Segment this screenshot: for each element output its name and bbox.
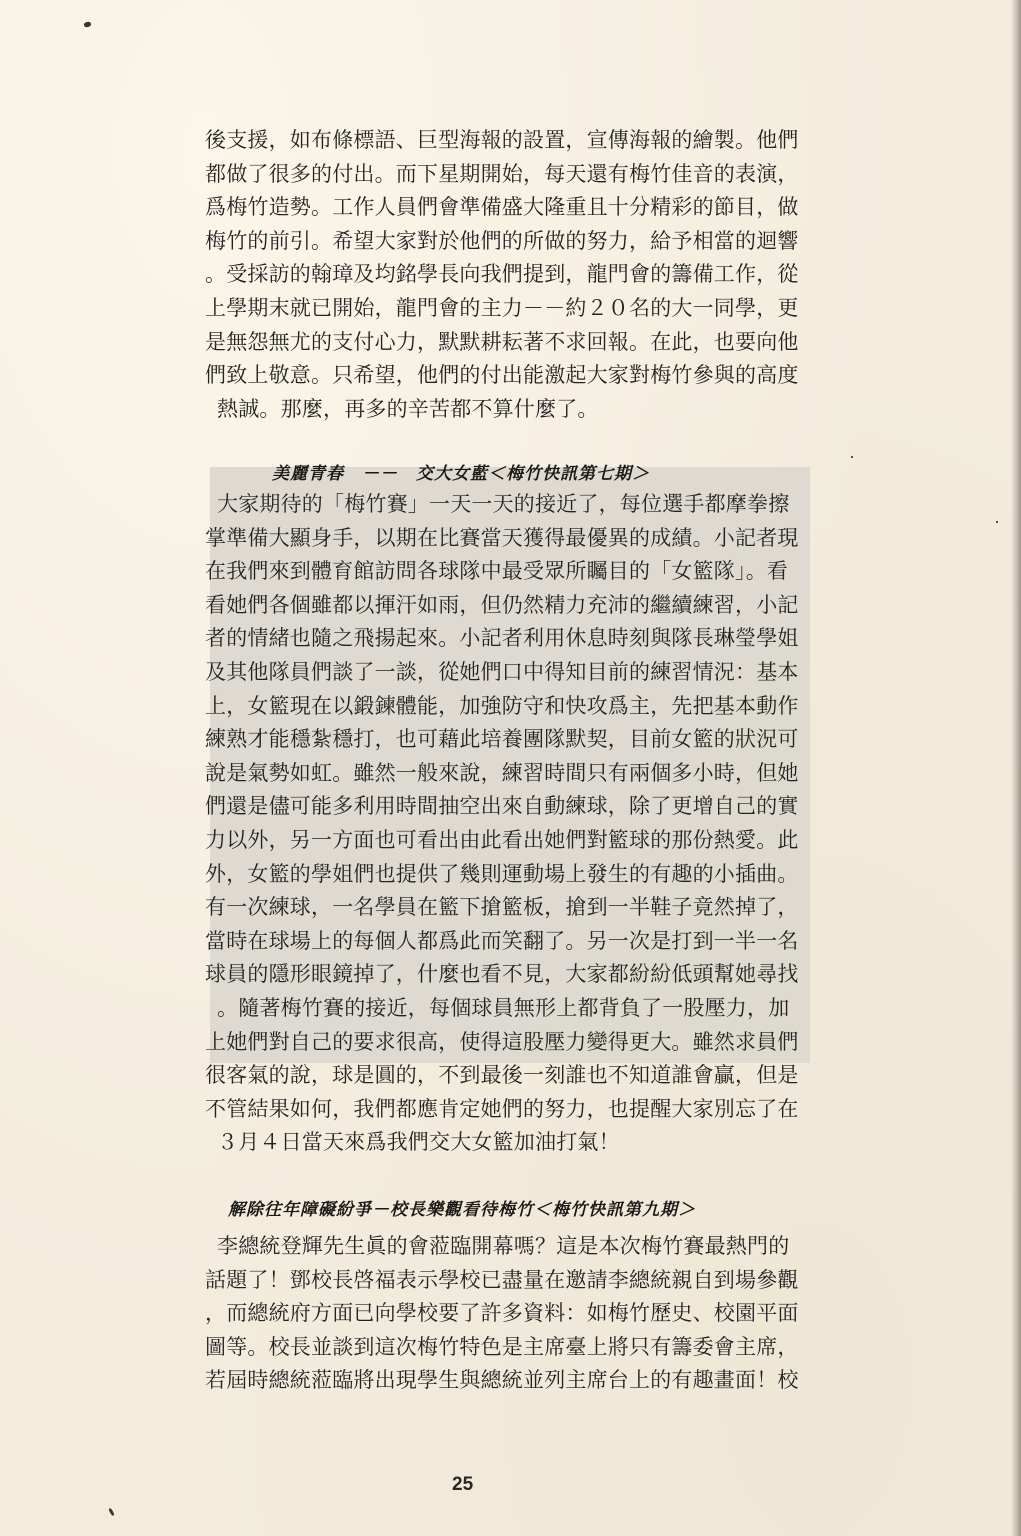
text-line: 是無怨無尤的支付心力，默默耕耘著不求回報。在此，也要向他 xyxy=(205,326,745,360)
text-line: 上，女籃現在以鍛鍊體能，加強防守和快攻爲主，先把基本動作 xyxy=(205,690,745,724)
text-line: 。隨著梅竹賽的接近，每個球員無形上都背負了一股壓力，加 xyxy=(205,992,745,1026)
text-line: 在我們來到體育館訪問各球隊中最受眾所矚目的「女籃隊」。看 xyxy=(205,555,745,589)
ink-speck xyxy=(851,456,853,458)
text-line: 後支援，如布條標語、巨型海報的設置，宣傳海報的繪製。他們 xyxy=(205,124,745,158)
text-line: 上她們對自己的要求很高，使得這股壓力變得更大。雖然求員們 xyxy=(205,1026,745,1060)
text-line: 都做了很多的付出。而下星期開始，每天還有梅竹佳音的表演， xyxy=(205,158,745,192)
ink-speck xyxy=(108,1508,115,1516)
intro-paragraph: 後支援，如布條標語、巨型海報的設置，宣傳海報的繪製。他們 都做了很多的付出。而下… xyxy=(205,124,745,426)
text-line: 力以外，另一方面也可看出由此看出她們對籃球的那份熱愛。此 xyxy=(205,824,745,858)
text-line: 們致上敬意。只希望，他們的付出能激起大家對梅竹參與的高度 xyxy=(205,359,745,393)
text-line: 大家期待的「梅竹賽」一天一天的接近了，每位選手都摩拳擦 xyxy=(205,488,745,522)
text-line: 及其他隊員們談了一談，從她們口中得知目前的練習情況：基本 xyxy=(205,656,745,690)
text-line: ３月４日當天來爲我們交大女籃加油打氣！ xyxy=(205,1126,745,1160)
text-line: 者的情緒也隨之飛揚起來。小記者利用休息時刻與隊長琳瑩學姐 xyxy=(205,622,745,656)
text-line: 李總統登輝先生眞的會蒞臨開幕嗎？這是本次梅竹賽最熱門的 xyxy=(205,1230,745,1264)
text-line: 。受採訪的翰璋及均銘學長向我們提到，龍門會的籌備工作，從 xyxy=(205,258,745,292)
text-line: 不管結果如何，我們都應肯定她們的努力，也提醒大家別忘了在 xyxy=(205,1093,745,1127)
ink-speck xyxy=(83,21,91,28)
text-line: 看她們各個雖都以揮汗如雨，但仍然精力充沛的繼續練習，小記 xyxy=(205,589,745,623)
article-heading: 美麗青春 －－ 交大女藍＜梅竹快訊第七期＞ xyxy=(272,462,650,486)
text-line: 掌準備大顯身手，以期在比賽當天獲得最優異的成績。小記者現 xyxy=(205,522,745,556)
page-number: 25 xyxy=(452,1474,473,1496)
text-line: ，而總統府方面已向學校要了許多資料：如梅竹歷史、校園平面 xyxy=(205,1297,745,1331)
page-edge-shadow xyxy=(1011,0,1021,1536)
text-line: 有一次練球，一名學員在籃下搶籃板，搶到一半鞋子竟然掉了， xyxy=(205,891,745,925)
text-line: 說是氣勢如虹。雖然一般來說，練習時間只有兩個多小時，但她 xyxy=(205,757,745,791)
article-body: 大家期待的「梅竹賽」一天一天的接近了，每位選手都摩拳擦 掌準備大顯身手，以期在比… xyxy=(205,488,745,1160)
text-line: 爲梅竹造勢。工作人員們會準備盛大隆重且十分精彩的節目，做 xyxy=(205,191,745,225)
text-line: 若屆時總統蒞臨將出現學生與總統並列主席台上的有趣畫面！校 xyxy=(205,1364,745,1398)
text-line: 圖等。校長並談到這次梅竹特色是主席臺上將只有籌委會主席， xyxy=(205,1331,745,1365)
text-line: 當時在球場上的每個人都爲此而笑翻了。另一次是打到一半一名 xyxy=(205,925,745,959)
text-line: 們還是儘可能多利用時間抽空出來自動練球，除了更增自己的實 xyxy=(205,790,745,824)
text-line: 梅竹的前引。希望大家對於他們的所做的努力，給予相當的迴響 xyxy=(205,225,745,259)
text-line: 話題了！鄧校長啓福表示學校已盡量在邀請李總統親自到場參觀 xyxy=(205,1264,745,1298)
ink-speck xyxy=(996,521,998,523)
text-line: 很客氣的說，球是圓的，不到最後一刻誰也不知道誰會贏，但是 xyxy=(205,1059,745,1093)
text-line: 外，女籃的學姐們也提供了幾則運動場上發生的有趣的小插曲。 xyxy=(205,858,745,892)
text-line: 練熟才能穩紮穩打，也可藉此培養團隊默契，目前女籃的狀況可 xyxy=(205,723,745,757)
text-line: 球員的隱形眼鏡掉了，什麼也看不見，大家都紛紛低頭幫她尋找 xyxy=(205,958,745,992)
article-heading: 解除往年障礙紛爭－校長樂觀看待梅竹＜梅竹快訊第九期＞ xyxy=(228,1198,696,1222)
text-line: 熱誠。那麼，再多的辛苦都不算什麼了。 xyxy=(205,393,745,427)
article-body: 李總統登輝先生眞的會蒞臨開幕嗎？這是本次梅竹賽最熱門的 話題了！鄧校長啓福表示學… xyxy=(205,1230,745,1398)
text-line: 上學期末就已開始，龍門會的主力－－約２０名的大一同學，更 xyxy=(205,292,745,326)
